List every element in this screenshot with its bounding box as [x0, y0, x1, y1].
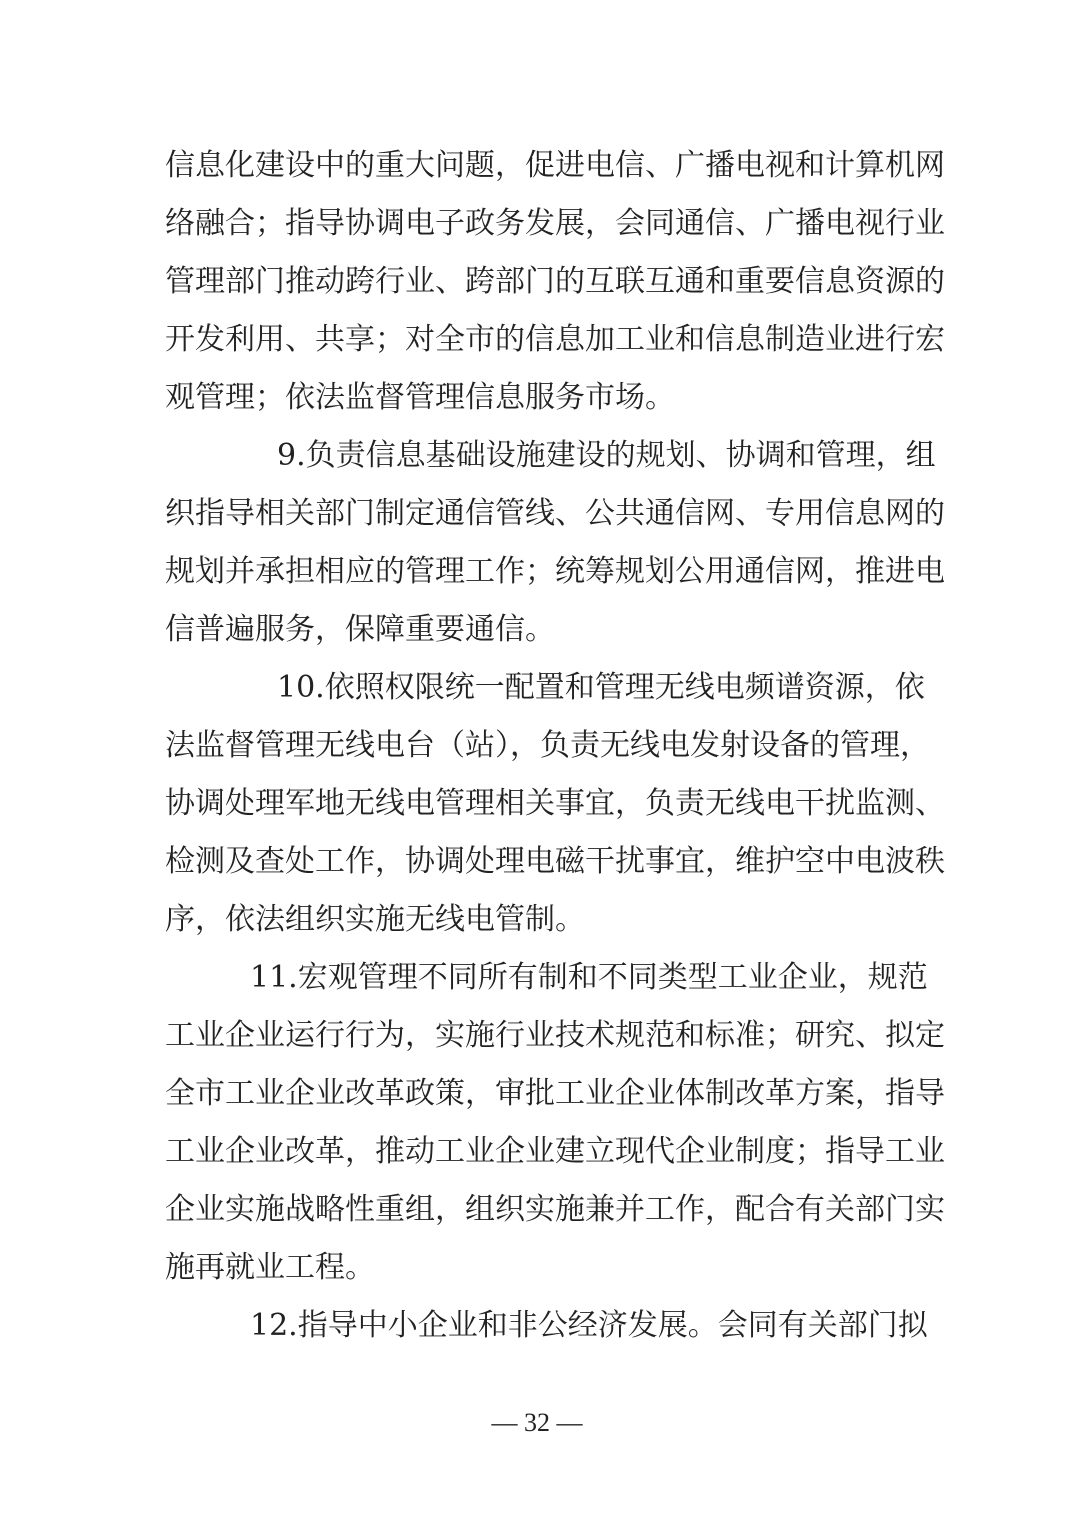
text-line: 络融合；指导协调电子政务发展，会同通信、广播电视行业: [165, 204, 913, 244]
text-line: 全市工业企业改革政策，审批工业企业体制改革方案，指导: [165, 1074, 913, 1114]
text-line: 检测及查处工作，协调处理电磁干扰事宜，维护空中电波秩: [165, 842, 913, 882]
text-line: 织指导相关部门制定通信管线、公共通信网、专用信息网的: [165, 494, 913, 534]
text-line: 开发利用、共享；对全市的信息加工业和信息制造业进行宏: [165, 320, 913, 360]
text-line: 工业企业运行行为，实施行业技术规范和标准；研究、拟定: [165, 1016, 913, 1056]
text-line: 观管理；依法监督管理信息服务市场。: [165, 378, 913, 418]
text-line: 企业实施战略性重组，组织实施兼并工作，配合有关部门实: [165, 1190, 913, 1230]
text-line: 序，依法组织实施无线电管制。: [165, 900, 913, 940]
paragraph-10-heading-line: 10.依照权限统一配置和管理无线电频谱资源，依: [277, 668, 913, 708]
paragraph-12-heading-line: 12.指导中小企业和非公经济发展。会同有关部门拟: [250, 1306, 913, 1346]
text-line: 施再就业工程。: [165, 1248, 913, 1288]
text-line: 信普遍服务，保障重要通信。: [165, 610, 913, 650]
document-page: 信息化建设中的重大问题，促进电信、广播电视和计算机网 络融合；指导协调电子政务发…: [0, 0, 1074, 1520]
text-line: 协调处理军地无线电管理相关事宜，负责无线电干扰监测、: [165, 784, 913, 824]
page-number: — 32 —: [0, 1408, 1074, 1438]
text-line: 法监督管理无线电台（站），负责无线电发射设备的管理，: [165, 726, 913, 766]
paragraph-11-heading-line: 11.宏观管理不同所有制和不同类型工业企业，规范: [250, 958, 913, 998]
text-line: 工业企业改革，推动工业企业建立现代企业制度；指导工业: [165, 1132, 913, 1172]
text-line: 管理部门推动跨行业、跨部门的互联互通和重要信息资源的: [165, 262, 913, 302]
paragraph-9-heading-line: 9.负责信息基础设施建设的规划、协调和管理，组: [277, 436, 913, 476]
text-line: 信息化建设中的重大问题，促进电信、广播电视和计算机网: [165, 146, 913, 186]
text-line: 规划并承担相应的管理工作；统筹规划公用通信网，推进电: [165, 552, 913, 592]
